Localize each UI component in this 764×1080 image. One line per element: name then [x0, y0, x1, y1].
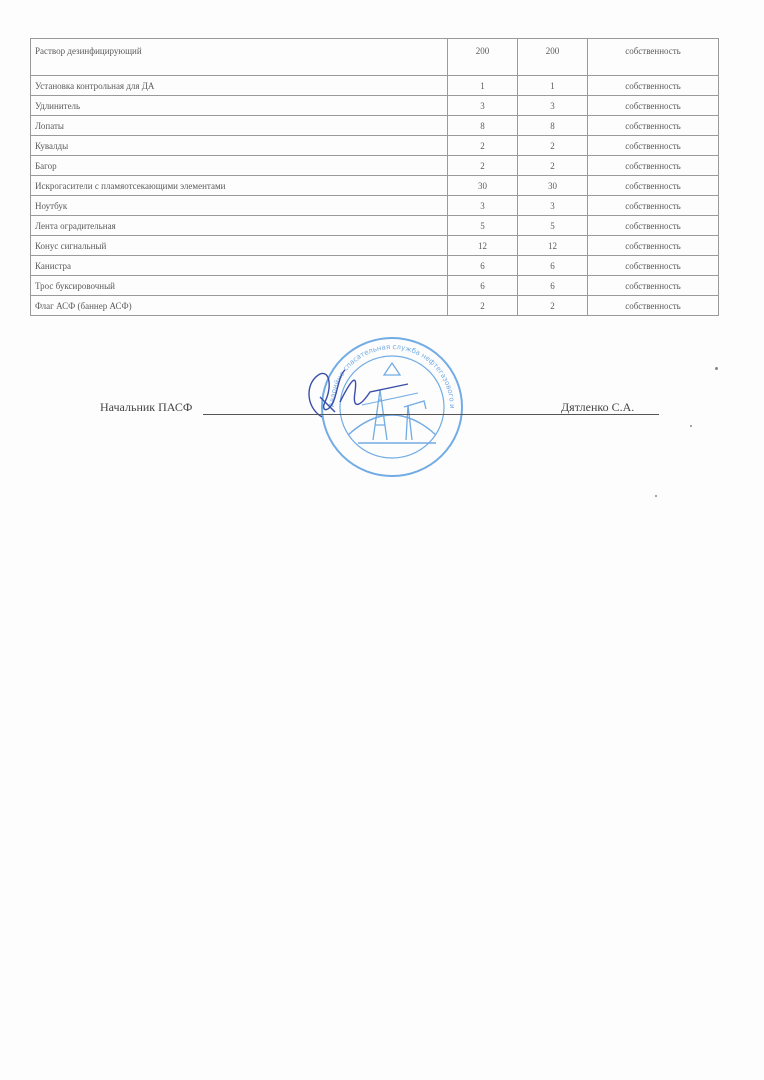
quantity-cell: 2: [448, 156, 518, 176]
quantity-cell: 3: [448, 96, 518, 116]
quantity-available-cell: 12: [518, 236, 588, 256]
ownership-cell: собственность: [588, 156, 719, 176]
quantity-available-cell: 8: [518, 116, 588, 136]
quantity-available-cell: 5: [518, 216, 588, 236]
item-name-cell: Канистра: [31, 256, 448, 276]
quantity-available-cell: 6: [518, 276, 588, 296]
ownership-cell: собственность: [588, 39, 719, 76]
quantity-cell: 5: [448, 216, 518, 236]
item-name-cell: Ноутбук: [31, 196, 448, 216]
table-row: Удлинитель33собственность: [31, 96, 719, 116]
quantity-available-cell: 2: [518, 136, 588, 156]
item-name-cell: Флаг АСФ (баннер АСФ): [31, 296, 448, 316]
scan-artifact: [690, 425, 692, 427]
signature-block: Начальник ПАСФ Дятленко С.А.: [100, 400, 720, 422]
table-row: Лопаты88собственность: [31, 116, 719, 136]
item-name-cell: Трос буксировочный: [31, 276, 448, 296]
quantity-available-cell: 1: [518, 76, 588, 96]
scan-artifact: [655, 495, 657, 497]
table-row: Флаг АСФ (баннер АСФ)22собственность: [31, 296, 719, 316]
table-row: Трос буксировочный66собственность: [31, 276, 719, 296]
quantity-available-cell: 30: [518, 176, 588, 196]
item-name-cell: Установка контрольная для ДА: [31, 76, 448, 96]
item-name-cell: Искрогасители с пламяотсекающими элемент…: [31, 176, 448, 196]
table-row: Ноутбук33собственность: [31, 196, 719, 216]
inventory-table: Раствор дезинфицирующий200200собственнос…: [30, 38, 719, 316]
ownership-cell: собственность: [588, 176, 719, 196]
item-name-cell: Удлинитель: [31, 96, 448, 116]
item-name-cell: Багор: [31, 156, 448, 176]
ownership-cell: собственность: [588, 216, 719, 236]
item-name-cell: Кувалды: [31, 136, 448, 156]
ownership-cell: собственность: [588, 76, 719, 96]
quantity-cell: 6: [448, 256, 518, 276]
item-name-cell: Конус сигнальный: [31, 236, 448, 256]
ownership-cell: собственность: [588, 296, 719, 316]
quantity-cell: 200: [448, 39, 518, 76]
quantity-cell: 8: [448, 116, 518, 136]
signatory-title: Начальник ПАСФ: [100, 400, 192, 415]
quantity-cell: 30: [448, 176, 518, 196]
quantity-available-cell: 3: [518, 96, 588, 116]
quantity-cell: 2: [448, 296, 518, 316]
quantity-available-cell: 2: [518, 156, 588, 176]
ownership-cell: собственность: [588, 196, 719, 216]
ownership-cell: собственность: [588, 136, 719, 156]
ownership-cell: собственность: [588, 236, 719, 256]
inventory-table-body: Раствор дезинфицирующий200200собственнос…: [31, 39, 719, 316]
item-name-cell: Лента оградительная: [31, 216, 448, 236]
ownership-cell: собственность: [588, 256, 719, 276]
table-row: Лента оградительная55собственность: [31, 216, 719, 236]
quantity-cell: 12: [448, 236, 518, 256]
document-page: Раствор дезинфицирующий200200собственнос…: [0, 0, 764, 1080]
ownership-cell: собственность: [588, 276, 719, 296]
table-row: Канистра66собственность: [31, 256, 719, 276]
quantity-cell: 2: [448, 136, 518, 156]
table-row: Установка контрольная для ДА11собственно…: [31, 76, 719, 96]
ownership-cell: собственность: [588, 116, 719, 136]
quantity-available-cell: 6: [518, 256, 588, 276]
quantity-cell: 1: [448, 76, 518, 96]
quantity-available-cell: 3: [518, 196, 588, 216]
quantity-cell: 3: [448, 196, 518, 216]
quantity-available-cell: 200: [518, 39, 588, 76]
table-row: Конус сигнальный1212собственность: [31, 236, 719, 256]
table-row: Кувалды22собственность: [31, 136, 719, 156]
item-name-cell: Лопаты: [31, 116, 448, 136]
table-row: Багор22собственность: [31, 156, 719, 176]
quantity-available-cell: 2: [518, 296, 588, 316]
quantity-cell: 6: [448, 276, 518, 296]
item-name-cell: Раствор дезинфицирующий: [31, 39, 448, 76]
scan-artifact: [715, 367, 718, 370]
signatory-name: Дятленко С.А.: [561, 400, 634, 415]
table-row: Искрогасители с пламяотсекающими элемент…: [31, 176, 719, 196]
table-row: Раствор дезинфицирующий200200собственнос…: [31, 39, 719, 76]
ownership-cell: собственность: [588, 96, 719, 116]
